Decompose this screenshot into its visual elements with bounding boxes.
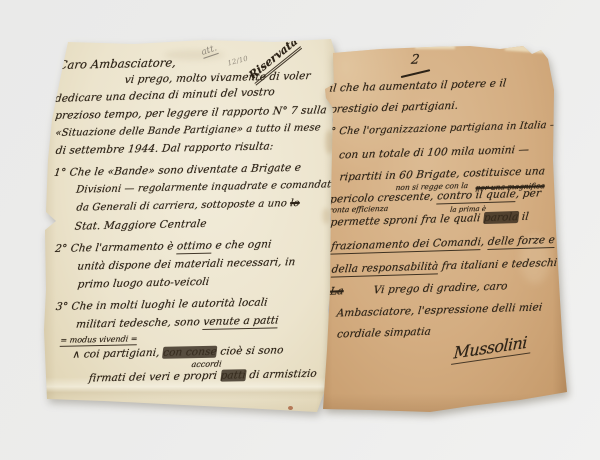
handwriting-text: di armistizio bbox=[245, 368, 317, 382]
handwriting-line: vi prego, molto vivamente di voler bbox=[124, 70, 311, 86]
scribbled-text: parola bbox=[483, 211, 519, 224]
inserted-text: accordi bbox=[191, 359, 222, 369]
left-page-shadow: att. 12/10 Riservata Caro Ambasciatore, … bbox=[0, 0, 600, 460]
right-page-shadow: 2 il che ha aumentato il potere e il pre… bbox=[0, 0, 600, 460]
page-number: 2 bbox=[410, 52, 420, 67]
underlined-text: venute a patti bbox=[202, 314, 279, 330]
handwriting-line: firmati dei veri e propri patti di armis… bbox=[88, 368, 317, 385]
underlined-text: frazionamento dei Comandi bbox=[330, 236, 481, 254]
handwriting-line: da Generali di carriera, sottoposte a un… bbox=[76, 198, 300, 214]
handwriting-text: ∧ coi partigiani, bbox=[72, 347, 164, 361]
inserted-text: la prima è bbox=[450, 205, 487, 214]
handwriting-line: dedicare una decina di minuti del vostro bbox=[54, 86, 275, 105]
handwriting-line: Ambasciatore, l'espressione delli miei bbox=[336, 301, 543, 319]
inserted-text: non si regge con la bbox=[395, 181, 468, 192]
handwriting-text: permette sproni fra le quali bbox=[330, 212, 485, 229]
margin-stroke bbox=[58, 53, 61, 68]
pencil-annotation: 12/10 bbox=[227, 54, 249, 67]
margin-stroke bbox=[53, 54, 56, 69]
handwriting-line: il che ha aumentato il potere e il bbox=[329, 77, 507, 94]
left-page: att. 12/10 Riservata Caro Ambasciatore, … bbox=[44, 38, 344, 415]
underlined-text: ottimo bbox=[176, 240, 213, 255]
handwriting-text: 2° Che l'armamento è bbox=[54, 240, 177, 255]
handwriting-line: della responsabilità fra italiani e tede… bbox=[331, 257, 568, 276]
handwriting-line: con un totale di 100 mila uomini — bbox=[338, 144, 529, 162]
right-page: 2 il che ha aumentato il potere e il pre… bbox=[320, 44, 570, 416]
right-page-handwriting: 2 il che ha aumentato il potere e il pre… bbox=[320, 44, 570, 416]
struck-text: lo bbox=[290, 198, 301, 209]
handwriting-line: pericolo crescente, contro il quale, per bbox=[329, 187, 541, 205]
handwriting-line: Caro Ambasciatore, bbox=[58, 55, 177, 71]
pencil-annotation: att. bbox=[200, 43, 219, 59]
stain bbox=[322, 208, 330, 224]
handwriting-text: , per bbox=[515, 187, 541, 200]
inserted-text: pronta efficienza bbox=[324, 204, 389, 215]
riservata-note: Riservata bbox=[247, 38, 302, 86]
handwriting-text: e che ogni bbox=[211, 238, 272, 251]
handwriting-text: , bbox=[480, 236, 488, 248]
handwriting-text: Vi prego di gradire, caro bbox=[373, 280, 508, 296]
scribbled-text: patti bbox=[220, 369, 247, 382]
torn-edge-highlight bbox=[415, 44, 455, 49]
handwriting-line: 3° Che in molti luoghi le autorità local… bbox=[55, 296, 268, 312]
handwriting-line: frazionamento dei Comandi, delle forze e bbox=[330, 234, 555, 253]
rust-spot bbox=[288, 406, 293, 410]
page-number-underline bbox=[401, 69, 431, 77]
handwriting-line: permette sproni fra le quali parola il bbox=[330, 211, 529, 229]
struck-text: La bbox=[330, 285, 345, 297]
handwriting-line: unità dispone dei materiali necessari, i… bbox=[77, 256, 296, 273]
handwriting-line: ∧ coi partigiani, con conse cioè si sono bbox=[72, 344, 284, 360]
handwriting-line: 4° Che l'organizzazione partigiana in It… bbox=[324, 120, 561, 138]
handwriting-line: 1° Che le «Bande» sono diventate a Briga… bbox=[53, 162, 301, 179]
handwriting-line: 2° Che l'armamento è ottimo e che ogni bbox=[54, 238, 272, 255]
handwriting-text: cioè si sono bbox=[216, 344, 284, 357]
signature: Mussolini bbox=[451, 332, 531, 365]
handwriting-text: militari tedesche, sono bbox=[75, 316, 204, 331]
handwriting-line: Divisioni — regolarmente inquadrate e co… bbox=[76, 179, 338, 195]
handwriting-text: da Generali di carriera, sottoposte a un… bbox=[76, 198, 291, 213]
handwriting-line: prestigio dei partigiani. bbox=[329, 100, 459, 116]
underlined-text: contro il quale bbox=[436, 188, 516, 204]
handwriting-text: fra italiani e tedeschi ,, bbox=[438, 257, 569, 273]
stain bbox=[325, 130, 334, 154]
inserted-text: = modus vivendi = bbox=[60, 334, 138, 347]
handwriting-text: pericolo crescente bbox=[329, 191, 431, 206]
handwriting-line: Stat. Maggiore Centrale bbox=[74, 218, 207, 233]
handwriting-line: di settembre 1944. Dal rapporto risulta: bbox=[55, 140, 274, 157]
handwriting-line: militari tedesche, sono venute a patti bbox=[75, 314, 279, 330]
handwriting-line: ripartiti in 60 Brigate, costituisce una bbox=[339, 165, 546, 183]
handwriting-line: primo luogo auto-veicoli bbox=[77, 276, 210, 291]
handwriting-line: «Situazione delle Bande Partigiane» a tu… bbox=[55, 122, 322, 139]
handwriting-text: firmati dei veri e propri bbox=[88, 370, 221, 385]
underlined-text: delle forze e bbox=[487, 234, 556, 250]
photo-background: att. 12/10 Riservata Caro Ambasciatore, … bbox=[0, 0, 600, 460]
stain bbox=[164, 50, 224, 60]
handwriting-text: il bbox=[518, 211, 530, 223]
underlined-text: della responsabilità bbox=[331, 260, 439, 277]
handwriting-line: prezioso tempo, per leggere il rapporto … bbox=[55, 104, 328, 122]
handwriting-line: cordiale simpatia bbox=[336, 326, 431, 341]
handwriting-line: LaVi prego di gradire, caro bbox=[330, 280, 509, 297]
stain bbox=[520, 234, 550, 284]
left-page-handwriting: att. 12/10 Riservata Caro Ambasciatore, … bbox=[44, 38, 344, 415]
scribbled-text: con conse bbox=[162, 346, 217, 359]
handwriting-text: , bbox=[430, 190, 438, 202]
struck-text: per una magnifica bbox=[475, 181, 545, 192]
torn-edge-highlight bbox=[505, 44, 550, 54]
